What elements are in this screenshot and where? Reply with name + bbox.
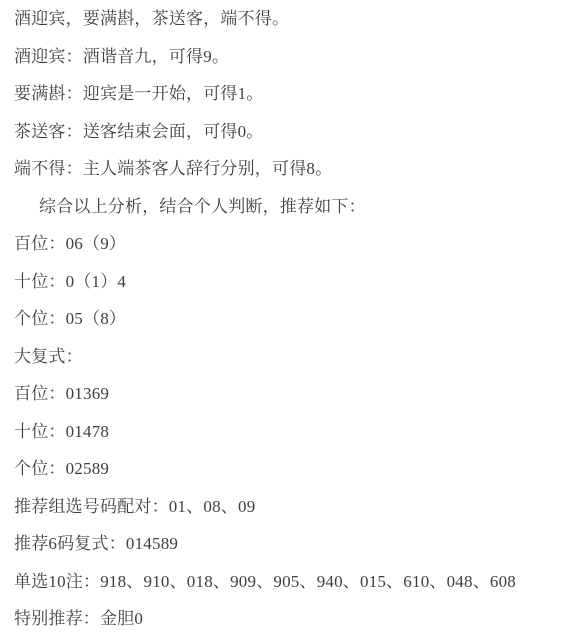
text-line-hundreds: 百位：06（9） — [14, 225, 573, 263]
text-line-big-compound-header: 大复式： — [14, 338, 573, 376]
text-line-units: 个位：05（8） — [14, 300, 573, 338]
text-line-group-pairs: 推荐组选号码配对：01、08、09 — [14, 488, 573, 526]
article-body: 酒迎宾，要满斟，茶送客，端不得。 酒迎宾：酒谐音九，可得9。 要满斟：迎宾是一开… — [0, 0, 581, 638]
text-line-single-picks: 单选10注：918、910、018、909、905、940、015、610、04… — [14, 563, 573, 601]
text-line-special: 特别推荐：金胆0 — [14, 600, 573, 638]
text-line-big-compound-hundreds: 百位：01369 — [14, 375, 573, 413]
text-line-explain-jiu: 酒迎宾：酒谐音九，可得9。 — [14, 38, 573, 76]
text-line-summary: 综合以上分析，结合个人判断，推荐如下： — [14, 188, 573, 226]
text-line-explain-duanbude: 端不得：主人端茶客人辞行分别，可得8。 — [14, 150, 573, 188]
text-line-rhyme: 酒迎宾，要满斟，茶送客，端不得。 — [14, 0, 573, 38]
text-line-tens: 十位：0（1）4 — [14, 263, 573, 301]
text-line-big-compound-units: 个位：02589 — [14, 450, 573, 488]
text-line-explain-songke: 茶送客：送客结束会面，可得0。 — [14, 113, 573, 151]
text-line-six-code: 推荐6码复式：014589 — [14, 525, 573, 563]
text-line-explain-manzhen: 要满斟：迎宾是一开始，可得1。 — [14, 75, 573, 113]
text-line-big-compound-tens: 十位：01478 — [14, 413, 573, 451]
